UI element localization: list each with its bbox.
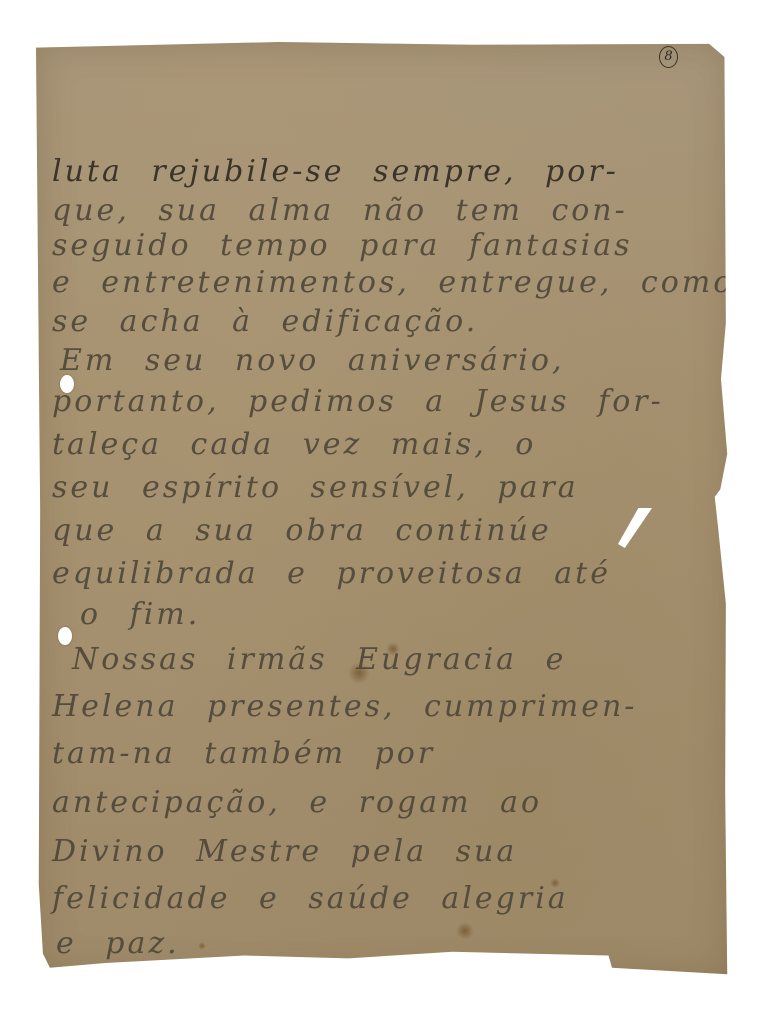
text-line: … … encerrando…	[52, 957, 712, 1010]
text-line: e paz.	[52, 926, 712, 979]
page-number-badge: 8	[659, 46, 678, 68]
handwritten-text: luta rejubile-se sempre, por- que, sua a…	[52, 154, 712, 1010]
scan-stage: 8 luta rejubile-se sempre, por- que, sua…	[0, 0, 768, 1024]
text-line: Nossas irmãs Eugracia e	[52, 642, 712, 695]
text-line: Divino Mestre pela sua	[52, 834, 712, 887]
punch-hole-lower	[58, 627, 72, 645]
punch-hole-upper	[60, 375, 74, 393]
text-line: tam-na também por	[52, 736, 712, 789]
text-line: antecipação, e rogam ao	[52, 785, 712, 838]
text-line: Helena presentes, cumprimen-	[52, 689, 712, 742]
letter-page: 8 luta rejubile-se sempre, por- que, sua…	[36, 42, 730, 978]
